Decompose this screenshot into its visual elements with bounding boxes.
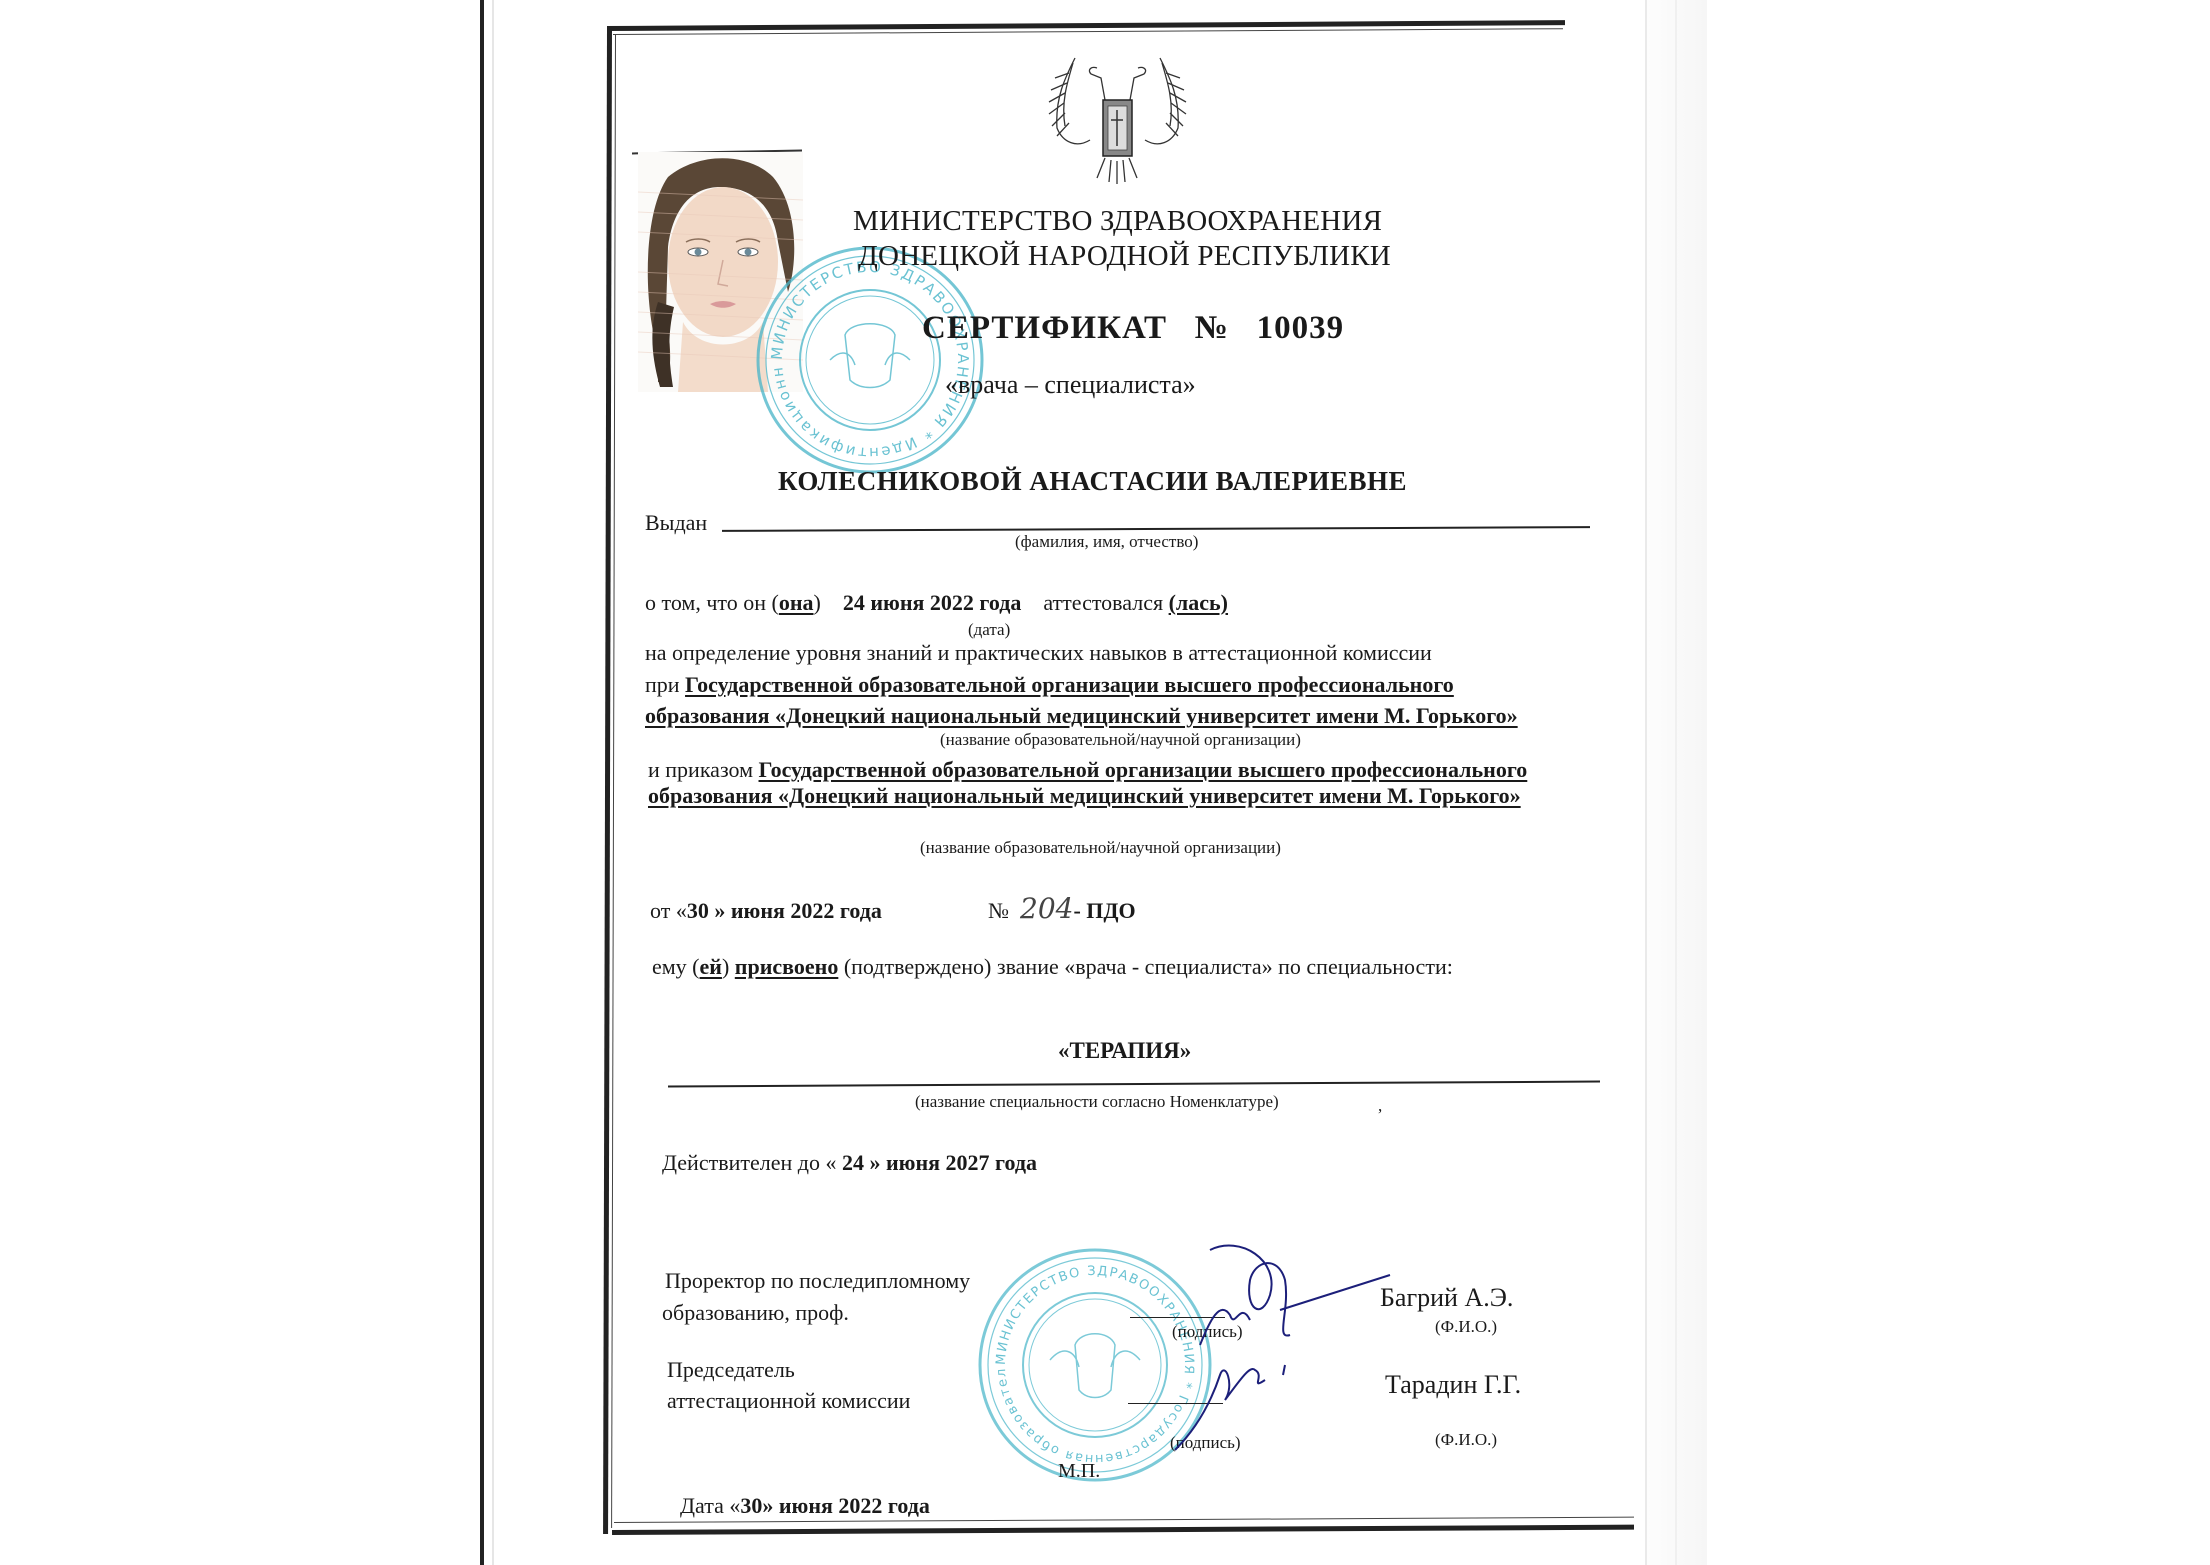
signer2-name-caption: (Ф.И.О.) <box>1435 1430 1497 1450</box>
certificate-type: «врача – специалиста» <box>945 370 1196 400</box>
certificate-title: СЕРТИФИКАТ № 10039 <box>922 310 1344 347</box>
frame-left-inner <box>611 34 616 1528</box>
paper-edge-shadow <box>492 0 494 1565</box>
issued-label: Выдан <box>645 510 707 536</box>
frame-left <box>603 28 612 1534</box>
assigned-line: ему (ей) присвоено (подтверждено) звание… <box>652 954 1453 980</box>
assigned-word: присвоено <box>735 954 839 979</box>
signer1-title-line1: Проректор по последипломному <box>665 1268 970 1294</box>
issue-day: 30 <box>740 1493 762 1518</box>
signer2-title-line1: Председатель <box>667 1357 795 1383</box>
order-number-sign: № <box>988 898 1009 923</box>
attestation-line: о том, что он (она) 24 июня 2022 года ат… <box>645 590 1228 616</box>
issue-date-line: Дата «30» июня 2022 года <box>680 1493 930 1519</box>
date-caption: (дата) <box>968 620 1010 640</box>
specialty-underline <box>668 1081 1600 1088</box>
valid-until-line: Действителен до « 24 » июня 2027 года <box>662 1150 1037 1176</box>
attest-gender: она <box>779 590 814 615</box>
signer2-title-line2: аттестационной комиссии <box>667 1388 910 1414</box>
attest-suffix: (лась) <box>1169 590 1228 615</box>
purpose-line: на определение уровня знаний и практичес… <box>645 640 1432 666</box>
org-line-2: образования «Донецкий национальный медиц… <box>645 703 1518 729</box>
order-number: № 204- ПДО <box>988 892 1136 925</box>
coat-of-arms-icon <box>1025 48 1210 188</box>
org-line-1: при Государственной образовательной орга… <box>645 672 1454 698</box>
paper-shade-right <box>1647 0 1707 1565</box>
order-number-suffix: - ПДО <box>1073 898 1135 923</box>
attest-verb: аттестовался <box>1043 590 1163 615</box>
certificate-label: СЕРТИФИКАТ <box>922 310 1167 346</box>
org-caption: (название образовательной/научной органи… <box>940 730 1301 750</box>
specialty-caption: (название специальности согласно Номенкл… <box>915 1092 1279 1112</box>
paper-edge-right <box>1645 0 1647 1565</box>
signer1-name-caption: (Ф.И.О.) <box>1435 1317 1497 1337</box>
org-name-1: Государственной образовательной организа… <box>685 672 1454 697</box>
order-number-handwritten: 204 <box>1020 892 1073 925</box>
order-day: 30 <box>687 898 709 923</box>
order-date-line: от «30 » июня 2022 года <box>650 898 882 924</box>
ministry-line-1: МИНИСТЕРСТВО ЗДРАВООХРАНЕНИЯ <box>853 205 1382 238</box>
signature-1 <box>1150 1240 1410 1360</box>
signer2-name: Тарадин Г.Г. <box>1385 1370 1521 1400</box>
number-sign: № <box>1195 310 1229 346</box>
assigned-gender: ей <box>700 954 722 979</box>
specialty-caption-comma: , <box>1378 1096 1382 1116</box>
paper-edge-left <box>480 0 484 1565</box>
seal-label: М.П. <box>1058 1460 1100 1483</box>
specialty: «ТЕРАПИЯ» <box>1058 1038 1191 1064</box>
paper-edge-right-outer <box>1675 0 1677 1565</box>
certificate-number: 10039 <box>1257 310 1345 346</box>
order-line-2: образования «Донецкий национальный медиц… <box>648 783 1521 809</box>
ministry-line-2: ДОНЕЦКОЙ НАРОДНОЙ РЕСПУБЛИКИ <box>858 240 1391 273</box>
signer1-title-line2: образованию, проф. <box>662 1300 849 1326</box>
order-org-1: Государственной образовательной организа… <box>759 757 1528 782</box>
name-caption: (фамилия, имя, отчество) <box>1015 532 1198 552</box>
seal-stamp-top: МИНИСТЕРСТВО ЗДРАВООХРАНЕНИЯ * Идентифик… <box>750 240 990 480</box>
frame-bottom <box>612 1525 1634 1535</box>
order-line-1: и приказом Государственной образовательн… <box>648 757 1527 783</box>
attest-date: 24 июня 2022 года <box>843 590 1022 615</box>
holder-name: КОЛЕСНИКОВОЙ АНАСТАСИИ ВАЛЕРИЕВНЕ <box>778 466 1407 497</box>
valid-day: 24 <box>836 1150 869 1175</box>
signature-2 <box>1155 1345 1335 1455</box>
order-org-caption: (название образовательной/научной органи… <box>920 838 1281 858</box>
